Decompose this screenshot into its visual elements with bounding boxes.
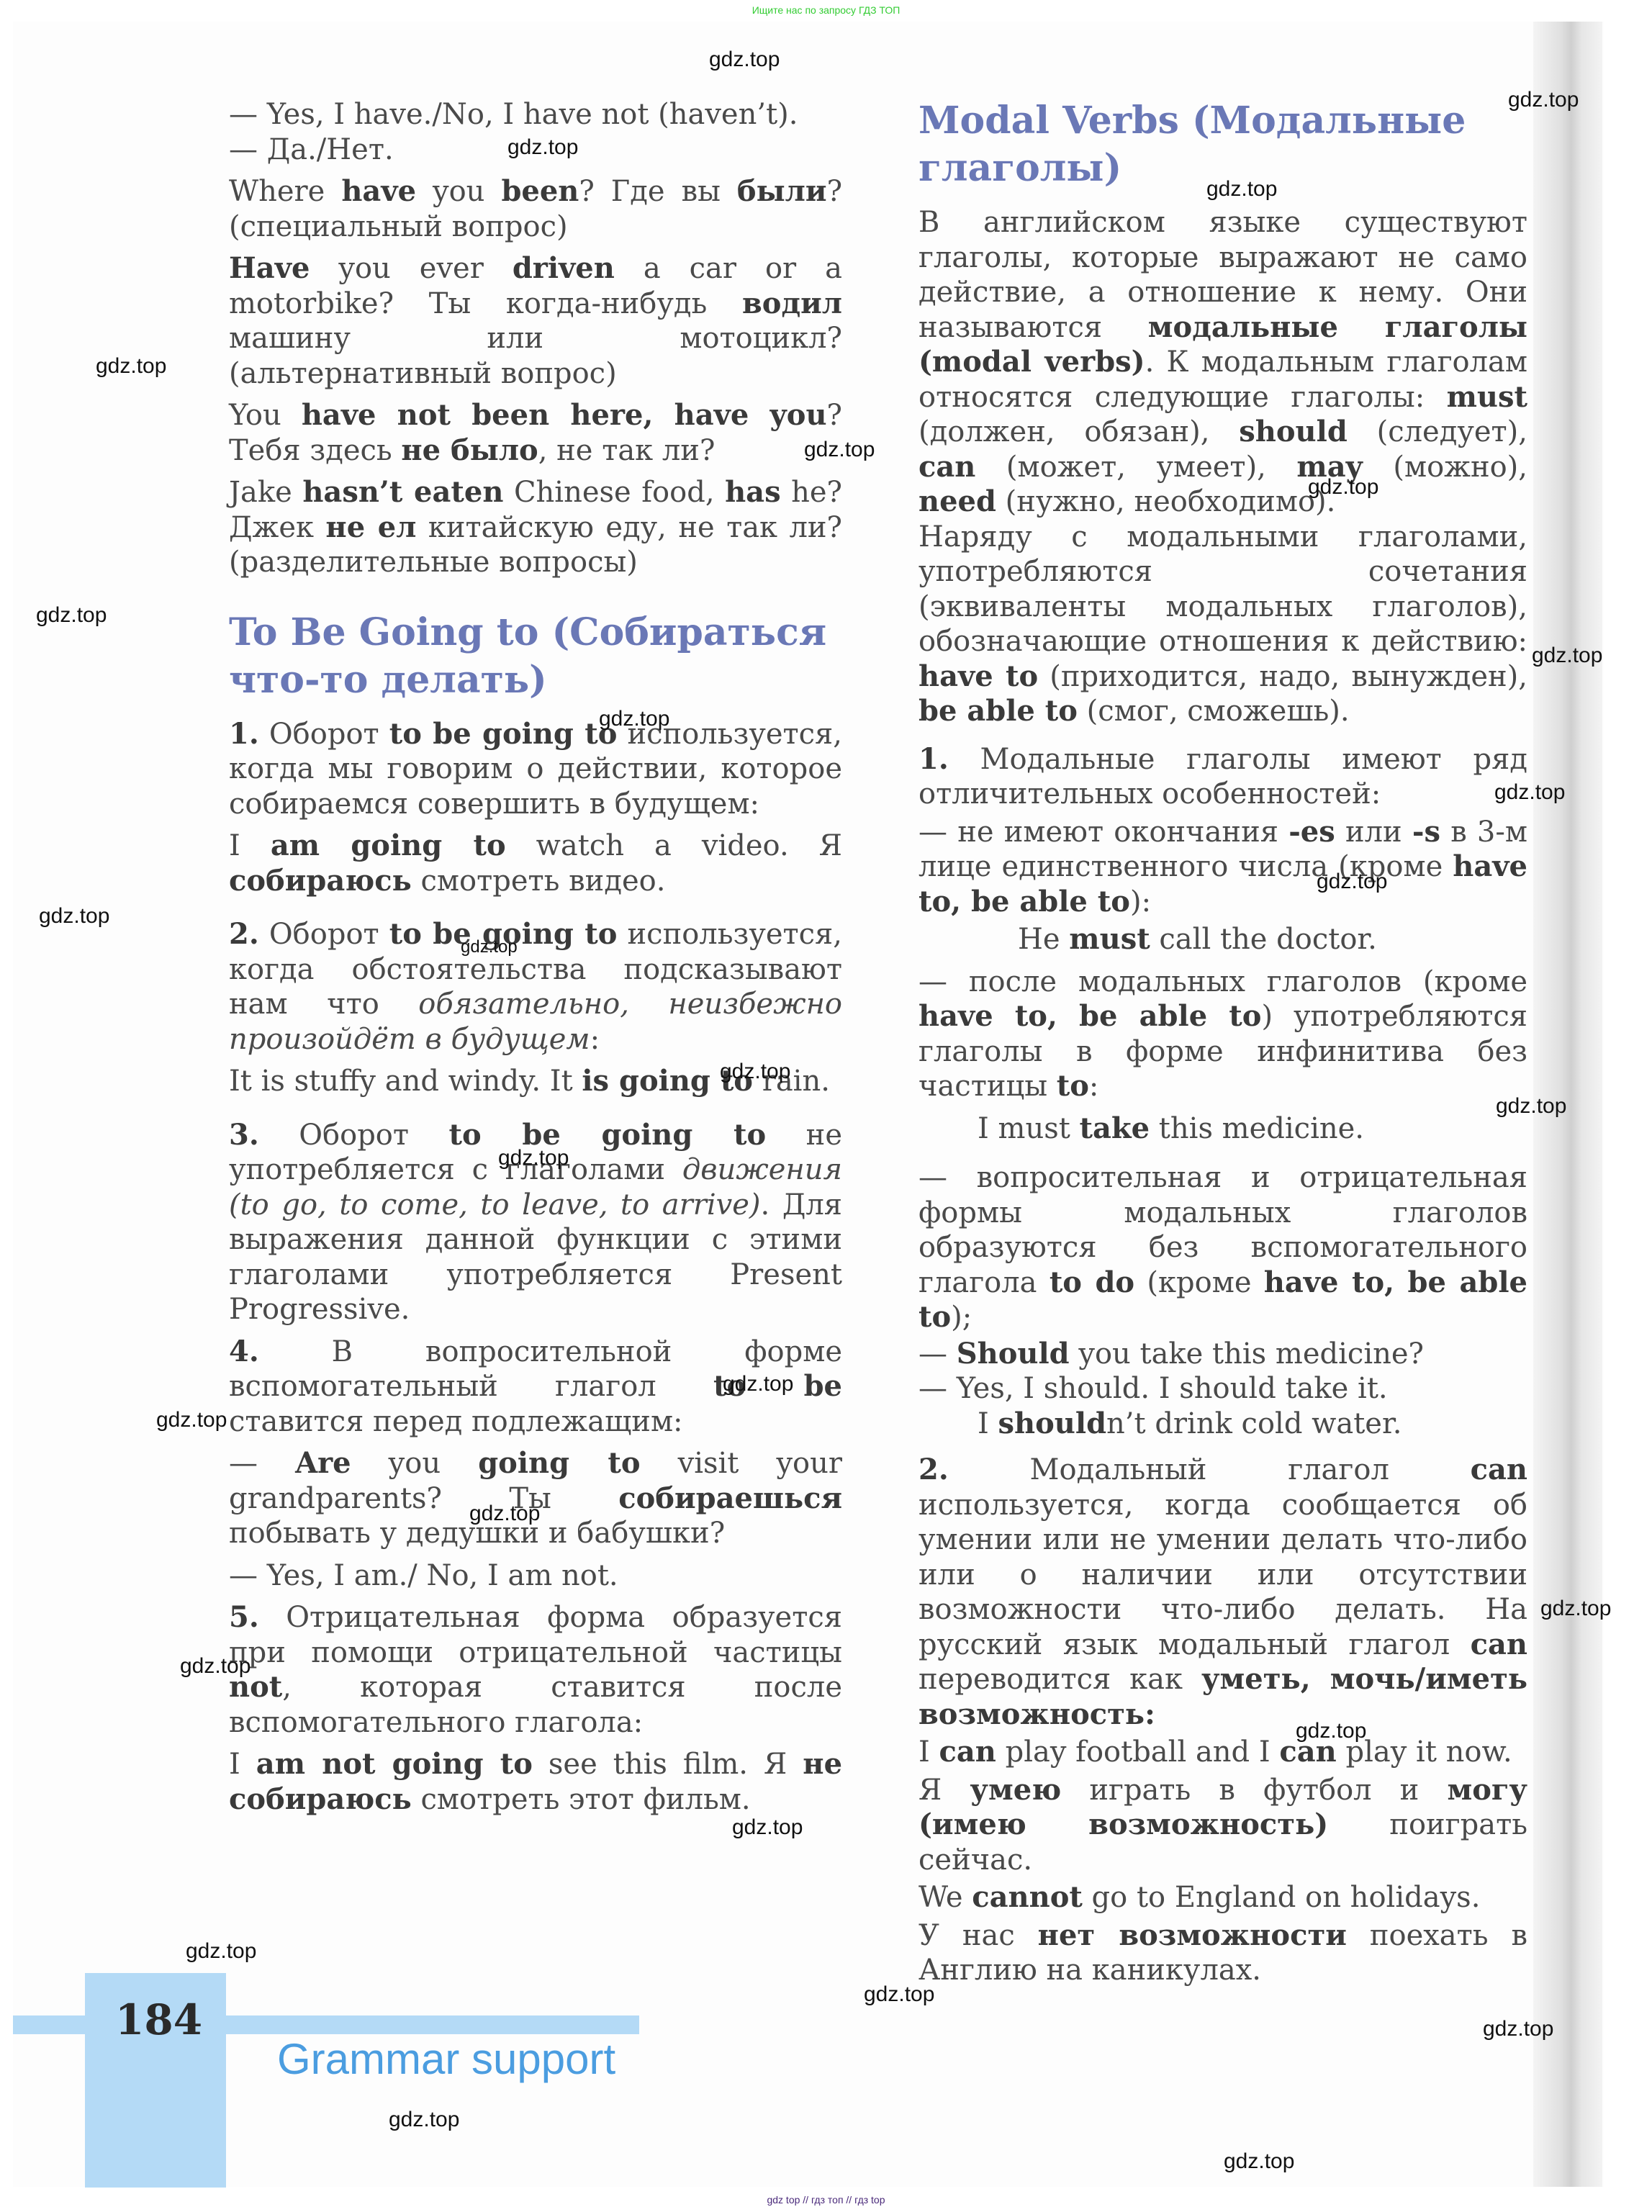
- section-label: Grammar support: [277, 2034, 615, 2084]
- watermark: gdz.top: [804, 438, 875, 462]
- page-number: 184: [115, 1995, 202, 2044]
- watermark: gdz.top: [507, 135, 578, 160]
- rule-1: 1. Оборот to be going to используется, к…: [229, 717, 842, 822]
- modal-intro: В английском языке существуют глаголы, к…: [918, 205, 1527, 520]
- watermark: gdz.top: [1508, 88, 1579, 112]
- modal-equivalents: Наряду с модальными глаголами, употребля…: [918, 520, 1527, 729]
- modal-feature-3: — вопросительная и отрицательная формы м…: [918, 1160, 1527, 1335]
- rule-4-example-question: — Are you going to visit your grandparen…: [229, 1446, 842, 1551]
- modal-feature-3-example-neg: I shouldn’t drink cold water.: [918, 1407, 1527, 1442]
- watermark: gdz.top: [180, 1654, 250, 1679]
- modal-rule-2: 2. Модальный глагол can используется, ко…: [918, 1453, 1527, 1732]
- section-heading-going-to: To Be Going to (Собираться что-то делать…: [229, 609, 842, 704]
- watermark: gdz.top: [864, 1982, 934, 2007]
- watermark: gdz.top: [186, 1939, 256, 1964]
- modal-feature-1: — не имеют окончания -es или -s в 3-м ли…: [918, 815, 1527, 920]
- watermark: gdz.top: [469, 1502, 540, 1526]
- modal-rule-1: 1. Модальные глаголы имеют ряд отличител…: [918, 742, 1527, 812]
- watermark: gdz.top: [1224, 2149, 1294, 2174]
- watermark: gdz.top: [36, 603, 107, 628]
- watermark: gdz.top: [1494, 780, 1565, 805]
- rule-4-example-answer: — Yes, I am./ No, I am not.: [229, 1558, 842, 1594]
- watermark: gdz.top: [96, 354, 166, 379]
- watermark: gdz.top: [1296, 1719, 1366, 1743]
- rule-5-example: I am not going to see this film. Я не со…: [229, 1747, 842, 1817]
- watermark: gdz.top: [1206, 177, 1277, 202]
- watermark: gdz.top: [1483, 2017, 1553, 2041]
- rule-1-example: I am going to watch a video. Я собираюсь…: [229, 829, 842, 898]
- watermark: gdz.top: [599, 707, 669, 731]
- watermark: gdz.top: [498, 1146, 569, 1170]
- modal-feature-2: — после модальных глаголов (кроме have t…: [918, 965, 1527, 1104]
- watermark: gdz.top: [156, 1408, 227, 1432]
- answer-en: — Yes, I have./No, I have not (haven’t).: [229, 97, 842, 132]
- example-special-question: Where have you been? Где вы были? (специ…: [229, 174, 842, 244]
- watermark: gdz.top: [1532, 644, 1602, 668]
- right-column: Modal Verbs (Модальные глаголы) В англий…: [918, 97, 1527, 1995]
- modal-feature-2-example: I must take this medicine.: [918, 1111, 1527, 1147]
- modal-feature-3-example-a: — Yes, I should. I should take it.: [918, 1371, 1527, 1407]
- top-banner: Ищите нас по запросу ГДЗ ТОП: [0, 4, 1652, 16]
- example-tag-question-2: Jake hasn’t eaten Chinese food, has he? …: [229, 475, 842, 580]
- watermark: gdz.top: [1540, 1597, 1611, 1621]
- watermark: gdz.top: [720, 1060, 790, 1084]
- watermark: gdz.top: [723, 1372, 793, 1396]
- modal-rule-2-example-2-ru: У нас нет возможности поехать в Англию н…: [918, 1918, 1527, 1988]
- rule-5: 5. Отрицательная форма образуется при по…: [229, 1600, 842, 1740]
- modal-rule-2-example-2: We cannot go to England on holidays.: [918, 1880, 1527, 1915]
- modal-feature-1-example: He must call the doctor.: [918, 922, 1527, 957]
- modal-rule-2-example-1-ru: Я умею играть в футбол и могу (имею возм…: [918, 1773, 1527, 1878]
- watermark: gdz.top: [39, 904, 109, 929]
- bottom-banner: gdz top // гдз топ // гдз top: [0, 2194, 1652, 2206]
- left-column: — Yes, I have./No, I have not (haven’t).…: [229, 97, 842, 1824]
- example-tag-question-1: You have not been here, have you? Тебя з…: [229, 398, 842, 468]
- watermark: gdz.top: [1317, 870, 1387, 894]
- watermark: gdz.top: [732, 1815, 803, 1840]
- watermark: gdz.top: [709, 48, 780, 72]
- watermark: gdz.top: [461, 937, 518, 957]
- modal-rule-2-example-1: I can play football and I can play it no…: [918, 1735, 1527, 1770]
- watermark: gdz.top: [1308, 475, 1378, 500]
- modal-feature-3-example-q: — Should you take this medicine?: [918, 1337, 1527, 1372]
- watermark: gdz.top: [389, 2108, 459, 2132]
- watermark: gdz.top: [1496, 1094, 1566, 1119]
- example-alternative-question: Have you ever driven a car or a motorbik…: [229, 251, 842, 391]
- rule-2: 2. Оборот to be going to используется, к…: [229, 917, 842, 1057]
